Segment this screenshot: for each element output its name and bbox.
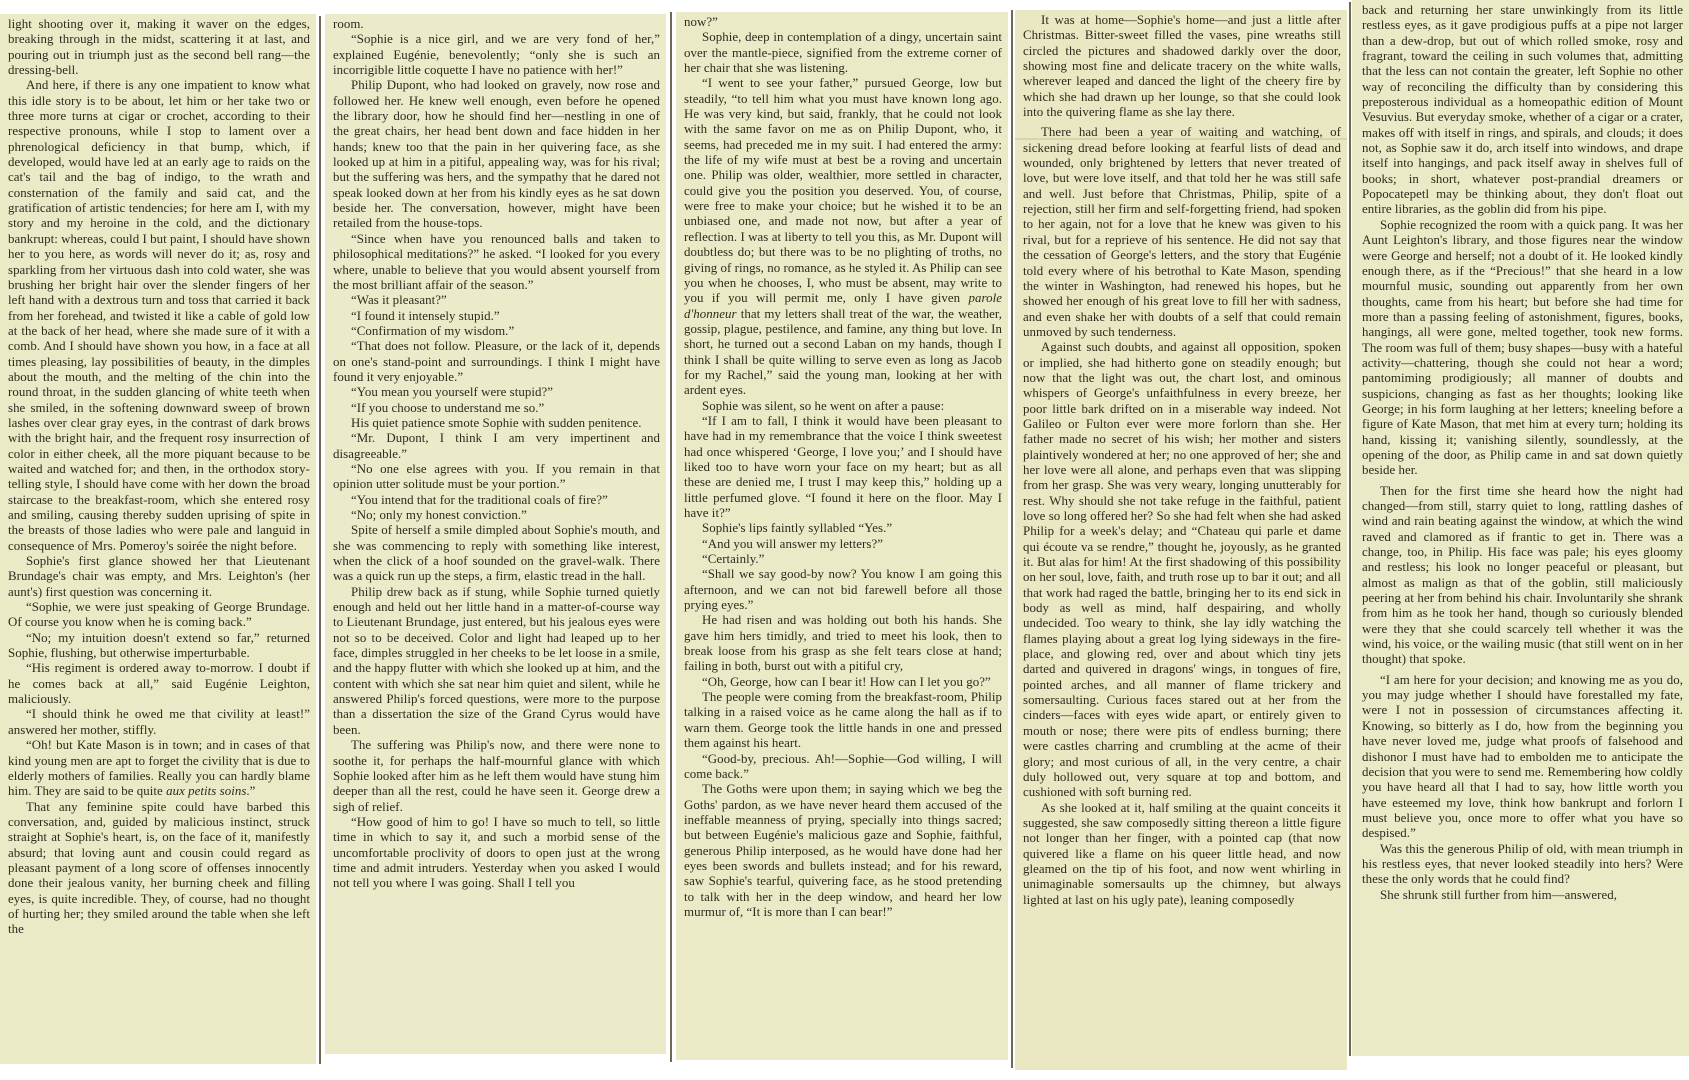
paragraph: “No; my intuition doesn't extend so far,…	[8, 631, 310, 662]
paragraph: “Oh, George, how can I bear it! How can …	[684, 675, 1002, 690]
paragraph: “Since when have you renounced balls and…	[333, 232, 660, 293]
paragraph: “I went to see your father,” pursued Geo…	[684, 76, 1002, 398]
paragraph: That any feminine spite could have barbe…	[8, 800, 310, 938]
paragraph: “I found it intensely stupid.”	[333, 309, 660, 324]
paragraph-text: “I went to see your father,” pursued Geo…	[684, 76, 1002, 305]
paragraph: The suffering was Philip's now, and ther…	[333, 738, 660, 815]
paragraph: She shrunk still further from him—answer…	[1362, 888, 1683, 903]
paragraph: It was at home—Sophie's home—and just a …	[1023, 13, 1341, 120]
paragraph-text: “Oh! but Kate Mason is in town; and in c…	[8, 738, 310, 798]
paragraph: “Sophie is a nice girl, and we are very …	[333, 32, 660, 78]
paragraph: Against such doubts, and against all opp…	[1023, 340, 1341, 800]
paragraph-tail: .”	[246, 784, 255, 798]
paragraph: “I am here for your decision; and knowin…	[1362, 673, 1683, 842]
paragraph: “Shall we say good-by now? You know I am…	[684, 567, 1002, 613]
paragraph: His quiet patience smote Sophie with sud…	[333, 416, 660, 431]
column-rule	[670, 12, 672, 1062]
paragraph: “If I am to fall, I think it would have …	[684, 414, 1002, 521]
paragraph: The people were coming from the breakfas…	[684, 690, 1002, 751]
paragraph: room.	[333, 17, 660, 32]
paragraph: He had risen and was holding out both hi…	[684, 613, 1002, 674]
text-column-4: It was at home—Sophie's home—and just a …	[1015, 10, 1347, 1070]
paragraph: And here, if there is any one impatient …	[8, 78, 310, 554]
paragraph: “Confirmation of my wisdom.”	[333, 324, 660, 339]
paragraph: Sophie recognized the room with a quick …	[1362, 218, 1683, 479]
paragraph: “No one else agrees with you. If you rem…	[333, 462, 660, 493]
paragraph: “His regiment is ordered away to-morrow.…	[8, 661, 310, 707]
text-column-2: room. “Sophie is a nice girl, and we are…	[325, 14, 666, 1054]
paragraph: The Goths were upon them; in saying whic…	[684, 782, 1002, 920]
paragraph: “That does not follow. Pleasure, or the …	[333, 339, 660, 385]
paragraph: As she looked at it, half smiling at the…	[1023, 801, 1341, 908]
paragraph: Sophie was silent, so he went on after a…	[684, 399, 1002, 414]
paragraph: “I should think he owed me that civility…	[8, 707, 310, 738]
paragraph: “And you will answer my letters?”	[684, 537, 1002, 552]
paragraph: Sophie's lips faintly syllabled “Yes.”	[684, 521, 1002, 536]
paragraph: “You intend that for the traditional coa…	[333, 493, 660, 508]
paragraph: “Good-by, precious. Ah!—Sophie—God willi…	[684, 752, 1002, 783]
paragraph: Philip Dupont, who had looked on gravely…	[333, 78, 660, 231]
paragraph: Sophie, deep in contemplation of a dingy…	[684, 30, 1002, 76]
paragraph: light shooting over it, making it waver …	[8, 17, 310, 78]
paragraph: Then for the first time she heard how th…	[1362, 484, 1683, 668]
paragraph: “Was it pleasant?”	[333, 293, 660, 308]
paragraph: “You mean you yourself were stupid?”	[333, 385, 660, 400]
paragraph: Sophie's first glance showed her that Li…	[8, 554, 310, 600]
paragraph: “Mr. Dupont, I think I am very impertine…	[333, 431, 660, 462]
paragraph: back and returning her stare unwinkingly…	[1362, 3, 1683, 218]
paragraph: “Sophie, we were just speaking of George…	[8, 600, 310, 631]
paragraph: There had been a year of waiting and wat…	[1023, 125, 1341, 340]
paragraph: Spite of herself a smile dimpled about S…	[333, 523, 660, 584]
column-rule	[1349, 2, 1351, 1056]
paragraph: now?”	[684, 15, 1002, 30]
paper-crease	[1015, 138, 1347, 140]
column-rule	[1011, 10, 1013, 1068]
column-rule	[319, 16, 321, 1064]
paragraph: Philip drew back as if stung, while Soph…	[333, 585, 660, 738]
text-column-5: back and returning her stare unwinkingly…	[1352, 0, 1689, 1056]
paragraph: “If you choose to understand me so.”	[333, 401, 660, 416]
italic-phrase: aux petits soins	[166, 784, 246, 798]
paragraph: “No; only my honest conviction.”	[333, 508, 660, 523]
paragraph: “Oh! but Kate Mason is in town; and in c…	[8, 738, 310, 799]
newspaper-page: light shooting over it, making it waver …	[0, 0, 1689, 1080]
paragraph: “How good of him to go! I have so much t…	[333, 815, 660, 892]
text-column-1: light shooting over it, making it waver …	[0, 14, 316, 1064]
paragraph: Was this the generous Philip of old, wit…	[1362, 842, 1683, 888]
text-column-3: now?” Sophie, deep in contemplation of a…	[676, 12, 1008, 1060]
paragraph: “Certainly.”	[684, 552, 1002, 567]
